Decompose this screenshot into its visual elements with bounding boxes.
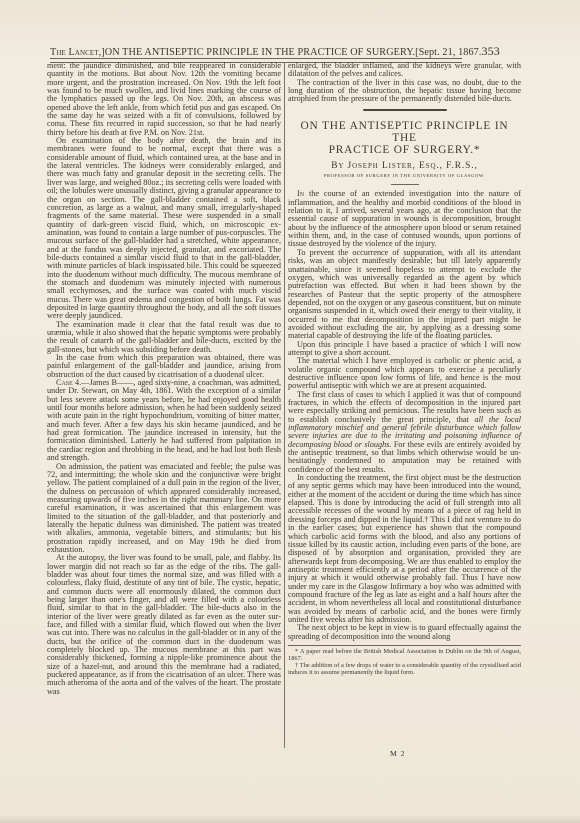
byline-prefix: By [331, 161, 344, 171]
page-edge [0, 815, 580, 823]
journal-page: The Lancet,] ON THE ANTISEPTIC PRINCIPLE… [0, 0, 580, 823]
fractures-paragraph: The first class of cases to which I appl… [288, 391, 521, 474]
paragraph: To prevent the occurrence of suppuration… [288, 249, 521, 341]
footnote-rule [288, 645, 521, 646]
title-line-1: ON THE ANTISEPTIC PRINCIPLE IN THE [288, 120, 521, 144]
page-number: 353 [482, 44, 500, 59]
byline-rule [391, 184, 419, 185]
footnote: * A paper read before the British Medica… [288, 649, 521, 663]
article-title: ON THE ANTISEPTIC PRINCIPLE IN THE PRACT… [288, 120, 521, 156]
running-title: ON THE ANTISEPTIC PRINCIPLE IN THE PRACT… [105, 47, 415, 58]
case-text: —James B——, aged sixty-nine, a coachman,… [47, 378, 281, 462]
footnotes: * A paper read before the British Medica… [288, 649, 521, 677]
printer-signature: M 2 [390, 749, 405, 758]
opening-text: the course of an extended investigation … [288, 189, 521, 248]
paragraph: enlarged, the bladder inflamed, and the … [288, 62, 521, 79]
paragraph: On examination of the body after death, … [47, 137, 281, 321]
left-column: ment: the jaundice diminished, and bile … [47, 62, 281, 752]
paragraph: In conducting the treatment, the first o… [288, 474, 521, 624]
paragraph: ment: the jaundice diminished, and bile … [47, 62, 281, 137]
case-4-paragraph: Case 4.—James B——, aged sixty-nine, a co… [47, 379, 281, 462]
author-affiliation: PROFESSOR OF SURGERY IN THE UNIVERSITY O… [288, 172, 521, 180]
author-name: Joseph Lister, Esq., F.R.S., [348, 161, 478, 171]
section-separator-rule [363, 109, 447, 111]
paragraph: Upon this principle I have based a pract… [288, 341, 521, 358]
issue-date: [Sept. 21, 1867. [415, 47, 481, 58]
opening-paragraph: In the course of an extended investigati… [288, 190, 521, 248]
paragraph: The material which I have employed is ca… [288, 357, 521, 390]
column-divider [284, 62, 285, 748]
right-column: enlarged, the bladder inflamed, and the … [288, 62, 521, 762]
paragraph: The contraction of the liver in this cas… [288, 79, 521, 104]
running-head: The Lancet,] ON THE ANTISEPTIC PRINCIPLE… [50, 44, 462, 58]
footnote: † The addition of a few drops of water t… [288, 663, 521, 677]
journal-name: The Lancet,] [50, 47, 105, 58]
paragraph: On admission, the patient was emaciated … [47, 463, 281, 555]
paragraph: The next object to be kept in view is to… [288, 624, 521, 641]
title-line-2: PRACTICE OF SURGERY.* [288, 144, 521, 156]
byline: By Joseph Lister, Esq., F.R.S., [288, 161, 521, 170]
paragraph: In the case from which this preparation … [47, 354, 281, 379]
paragraph: The examination made it clear that the f… [47, 321, 281, 354]
paragraph: At the autopsy, the liver was found to b… [47, 554, 281, 696]
